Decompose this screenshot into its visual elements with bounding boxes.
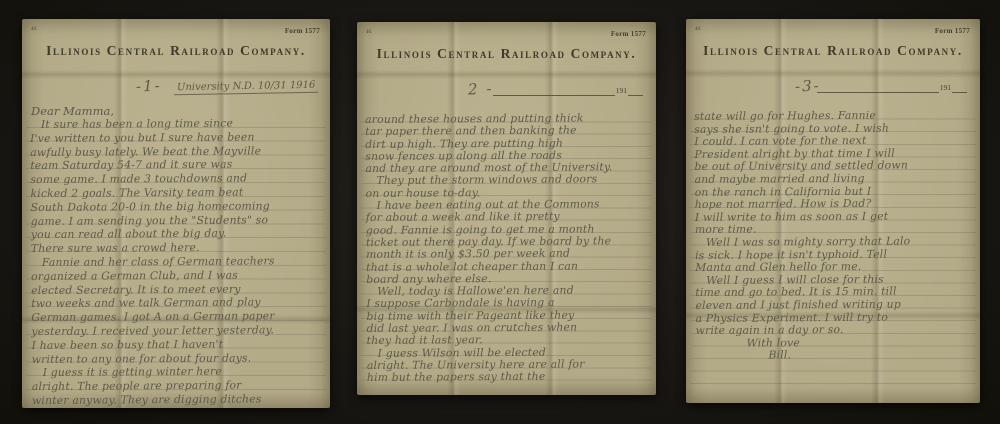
form-number: Form 1577 — [611, 30, 646, 38]
page-number: 2 - — [467, 80, 493, 99]
page-number: -1- — [136, 77, 162, 96]
letterhead-company: Illinois Central Railroad Company. — [22, 43, 330, 59]
salutation: Dear Mamma, — [31, 104, 114, 118]
printed-date-line: 191 — [817, 82, 967, 93]
letter-page-3: 40. Form 1577 Illinois Central Railroad … — [686, 19, 980, 403]
date-rule — [628, 85, 643, 96]
date-rule — [952, 82, 967, 93]
form-number: Form 1577 — [285, 27, 320, 35]
date-rule — [493, 85, 615, 96]
handwritten-date: University N.D. 10/31 1916 — [174, 80, 319, 96]
letterhead-company: Illinois Central Railroad Company. — [686, 43, 980, 59]
corner-mark: 40. — [366, 30, 372, 35]
letter-body: around these houses and putting thick ta… — [365, 112, 651, 385]
letter-page-2: 40. Form 1577 Illinois Central Railroad … — [357, 22, 656, 395]
fold-crease — [686, 69, 980, 78]
letterhead-company: Illinois Central Railroad Company. — [357, 46, 656, 62]
letter-page-1: 40. Form 1577 Illinois Central Railroad … — [22, 19, 330, 408]
letter-body: It sure has been a long time since I've … — [30, 116, 325, 408]
fold-crease — [22, 70, 330, 79]
printed-year-prefix: 191 — [615, 86, 628, 96]
corner-mark: 40. — [695, 27, 701, 32]
letter-body: state will go for Hughes. Fannie says sh… — [694, 109, 975, 363]
date-rule — [817, 82, 939, 93]
fold-crease — [357, 70, 656, 79]
printed-year-prefix: 191 — [939, 83, 952, 93]
printed-date-line: 191 — [493, 85, 643, 96]
form-number: Form 1577 — [935, 27, 970, 35]
photo-background: { "letterhead": { "company": "Illinois C… — [0, 0, 1000, 424]
corner-mark: 40. — [31, 27, 37, 32]
